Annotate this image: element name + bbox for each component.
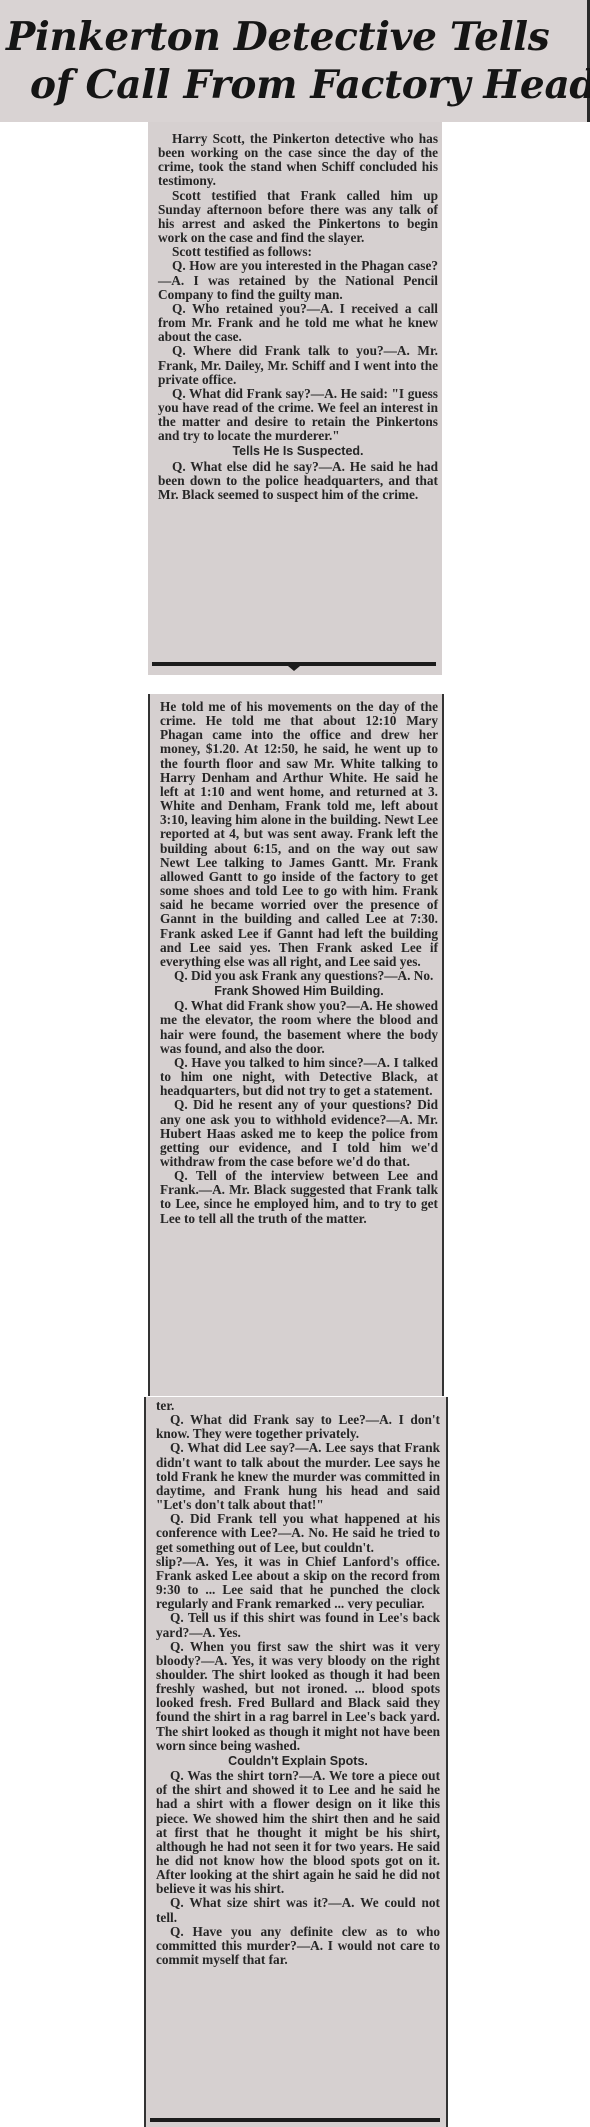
paragraph: Q. Tell of the interview between Lee and… xyxy=(160,1169,438,1226)
paragraph: Q. Have you talked to him since?—A. I ta… xyxy=(160,1056,438,1098)
article-column-segment-2: He told me of his movements on the day o… xyxy=(148,694,444,1396)
article-column-segment-1: Harry Scott, the Pinkerton detective who… xyxy=(148,122,442,675)
paragraph: Q. Was the shirt torn?—A. We tore a piec… xyxy=(156,1769,440,1896)
paragraph: Q. What did Frank say to Lee?—A. I don't… xyxy=(156,1413,440,1441)
paragraph: slip?—A. Yes, it was in Chief Lanford's … xyxy=(156,1555,440,1612)
end-divider-rule xyxy=(150,2118,440,2122)
paragraph: Q. What did Frank say?—A. He said: "I gu… xyxy=(158,387,438,444)
subheading: Frank Showed Him Building. xyxy=(160,984,438,998)
paragraph: Q. What size shirt was it?—A. We could n… xyxy=(156,1896,440,1924)
subheading: Couldn't Explain Spots. xyxy=(156,1754,440,1768)
paragraph: Q. Did he resent any of your questions? … xyxy=(160,1098,438,1169)
paragraph: Q. Have you any definite clew as to who … xyxy=(156,1925,440,1967)
paragraph: Scott testified that Frank called him up… xyxy=(158,189,438,246)
paragraph: Q. How are you interested in the Phagan … xyxy=(158,259,438,301)
headline-line-1: Pinkerton Detective Tells xyxy=(6,14,549,60)
paragraph: Q. When you first saw the shirt was it v… xyxy=(156,1640,440,1753)
divider-ornament xyxy=(288,666,300,671)
paragraph: Scott testified as follows: xyxy=(158,245,438,259)
subheading: Tells He Is Suspected. xyxy=(158,444,438,458)
paragraph: Harry Scott, the Pinkerton detective who… xyxy=(158,132,438,189)
headline-line-2: of Call From Factory Head xyxy=(30,62,590,108)
paragraph: Q. Where did Frank talk to you?—A. Mr. F… xyxy=(158,344,438,386)
paragraph: Q. Tell us if this shirt was found in Le… xyxy=(156,1611,440,1639)
paragraph: Q. What did Lee say?—A. Lee says that Fr… xyxy=(156,1441,440,1512)
article-column-segment-3: ter. Q. What did Frank say to Lee?—A. I … xyxy=(144,1397,448,2127)
paragraph: Q. Did Frank tell you what happened at h… xyxy=(156,1512,440,1554)
continuation-text: ter. xyxy=(156,1399,440,1413)
headline: Pinkerton Detective Tells of Call From F… xyxy=(0,0,590,122)
paragraph: Q. What else did he say?—A. He said he h… xyxy=(158,460,438,502)
paragraph: Q. Who retained you?—A. I received a cal… xyxy=(158,302,438,344)
paragraph: He told me of his movements on the day o… xyxy=(160,700,438,969)
paragraph: Q. Did you ask Frank any questions?—A. N… xyxy=(160,969,438,983)
paragraph: Q. What did Frank show you?—A. He showed… xyxy=(160,999,438,1056)
